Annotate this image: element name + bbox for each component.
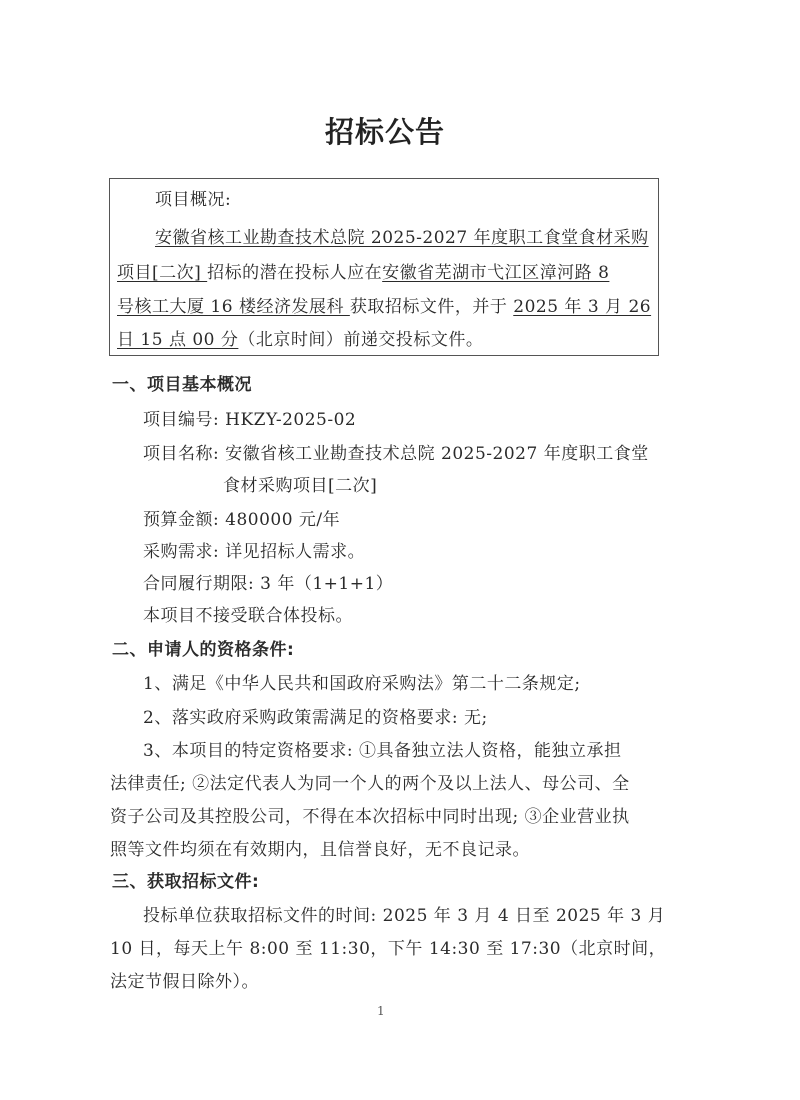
summary-text: 获取招标文件，并于 [350, 297, 513, 317]
summary-line-4: 日 15 点 00 分（北京时间）前递交投标文件。 [117, 330, 483, 350]
document-acquisition-time: 投标单位获取招标文件的时间: 2025 年 3 月 4 日至 2025 年 3 … [143, 906, 665, 926]
summary-address-cont: 号核工大厦 16 楼经济发展科 [117, 297, 350, 317]
project-name: 项目名称: 安徽省核工业勘查技术总院 2025-2027 年度职工食堂 [143, 444, 649, 464]
page-number: 1 [377, 1004, 385, 1018]
qualification-3: 3、本项目的特定资格要求: ①具备独立法人资格，能独立承担 [143, 741, 621, 761]
qualification-1: 1、满足《中华人民共和国政府采购法》第二十二条规定; [143, 674, 581, 694]
project-number: 项目编号: HKZY-2025-02 [143, 410, 356, 430]
summary-line-3: 号核工大厦 16 楼经济发展科 获取招标文件，并于 2025 年 3 月 26 [117, 297, 651, 317]
summary-line-2: 项目[二次] 招标的潜在投标人应在安徽省芜湖市弋江区漳河路 8 [117, 263, 609, 283]
consortium-note: 本项目不接受联合体投标。 [143, 606, 353, 626]
qualification-3-cont: 照等文件均须在有效期内，且信誉良好，无不良记录。 [110, 840, 530, 860]
contract-period: 合同履行期限: 3 年（1+1+1） [143, 574, 393, 594]
section3-heading: 三、获取招标文件: [112, 872, 259, 892]
summary-text: （北京时间）前递交投标文件。 [238, 330, 483, 350]
summary-text: 招标的潜在投标人应在 [207, 263, 382, 283]
procurement-demand: 采购需求: 详见招标人需求。 [143, 542, 365, 562]
summary-project-suffix: 项目[二次] [117, 263, 207, 283]
document-acquisition-time-cont: 法定节假日除外）。 [110, 972, 259, 992]
page-title: 招标公告 [0, 110, 770, 151]
document-acquisition-time-cont: 10 日，每天上午 8:00 至 11:30，下午 14:30 至 17:30（… [110, 939, 666, 959]
section2-heading: 二、申请人的资格条件: [112, 640, 294, 660]
summary-deadline: 2025 年 3 月 26 [513, 297, 651, 317]
qualification-3-cont: 资子公司及其控股公司，不得在本次招标中同时出现; ③企业营业执 [110, 807, 630, 827]
project-name-cont: 食材采购项目[二次] [223, 476, 377, 496]
summary-heading: 项目概况: [155, 190, 231, 210]
budget: 预算金额: 480000 元/年 [143, 510, 340, 530]
qualification-3-cont: 法律责任; ②法定代表人为同一个人的两个及以上法人、母公司、全 [110, 774, 630, 794]
qualification-2: 2、落实政府采购政策需满足的资格要求: 无; [143, 708, 488, 728]
summary-deadline-cont: 日 15 点 00 分 [117, 330, 238, 350]
summary-address: 安徽省芜湖市弋江区漳河路 8 [382, 263, 609, 283]
summary-line-1: 安徽省核工业勘查技术总院 2025-2027 年度职工食堂食材采购 [155, 228, 649, 248]
section1-heading: 一、项目基本概况 [112, 375, 252, 395]
